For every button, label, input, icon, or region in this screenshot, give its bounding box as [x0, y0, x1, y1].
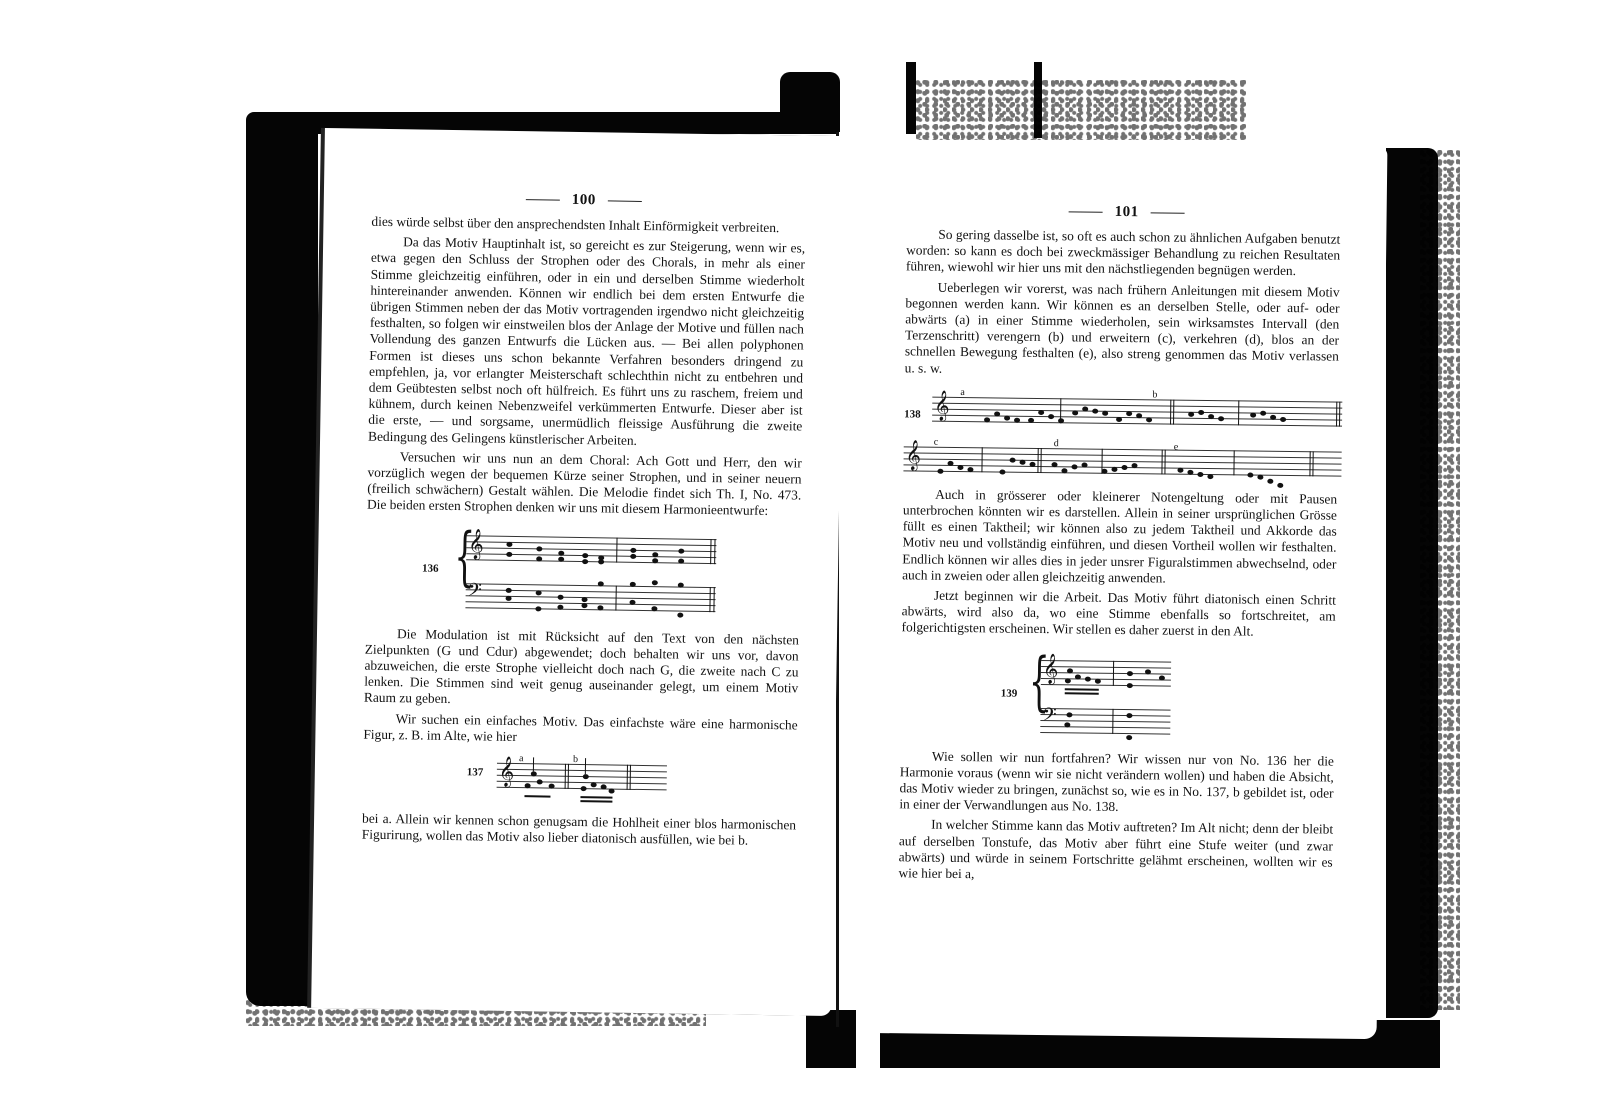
right-page: 101 So gering dasselbe ist, so oft es au…	[857, 141, 1388, 1039]
note-head	[1116, 417, 1122, 422]
right-page-body: So gering dasselbe ist, so oft es auch s…	[858, 226, 1386, 888]
note-head	[1029, 462, 1035, 467]
paragraph: Wie sollen wir nun fortfahren? Wir wisse…	[899, 748, 1334, 818]
note-head	[582, 553, 588, 558]
bass-clef-icon: 𝄢	[1042, 706, 1056, 728]
note-head	[1102, 411, 1108, 416]
note-head	[652, 558, 658, 563]
treble-staff-row-2: 𝄞	[903, 446, 1341, 477]
note-head	[1197, 472, 1203, 477]
note-head	[506, 552, 512, 557]
note-head	[1188, 412, 1194, 417]
note-head	[629, 599, 635, 604]
book-spine-tab-1	[906, 62, 916, 134]
note-head	[1072, 410, 1078, 415]
page-number: 100	[324, 188, 844, 213]
note-head	[1187, 470, 1193, 475]
note-head	[558, 556, 564, 561]
paragraph: Jetzt beginnen wir die Arbeit. Das Motiv…	[901, 587, 1336, 641]
example-number: 139	[1001, 685, 1018, 701]
note-head	[1136, 413, 1142, 418]
note-head	[506, 588, 512, 593]
note-head	[598, 581, 604, 586]
example-number: 136	[422, 560, 439, 576]
note-head	[1010, 457, 1016, 462]
note-head	[536, 546, 542, 551]
treble-clef-icon: 𝄞	[934, 393, 950, 419]
note-head	[678, 582, 684, 587]
note-head	[652, 552, 658, 557]
note-head	[1208, 414, 1214, 419]
paragraph: Ueberlegen wir vorerst, was nach frühern…	[905, 279, 1340, 382]
treble-clef-icon: 𝄞	[905, 442, 921, 468]
cover-texture-top	[916, 80, 1246, 140]
note-head	[598, 559, 604, 564]
left-page: 100 dies würde selbst über den anspreche…	[311, 128, 845, 1016]
note-head	[651, 606, 657, 611]
note-head	[1028, 418, 1034, 423]
note-head	[630, 581, 636, 586]
note-head	[1280, 417, 1286, 422]
note-head	[1121, 465, 1127, 470]
note-head	[1207, 474, 1213, 479]
paragraph: Die Modulation ist mit Rücksicht auf den…	[364, 625, 799, 713]
music-example-139: 139 { 𝄞 𝄢	[900, 642, 1335, 747]
bass-staff: 𝄢	[465, 583, 715, 613]
note-head	[948, 461, 954, 466]
note-head	[630, 547, 636, 552]
bass-clef-icon: 𝄢	[468, 581, 483, 603]
note-head	[536, 556, 542, 561]
note-head	[1131, 463, 1137, 468]
note-head	[506, 542, 512, 547]
note-head	[678, 558, 684, 563]
paragraph: dies würde selbst über den ansprechendst…	[371, 214, 805, 237]
note-head	[536, 590, 542, 595]
note-head	[535, 606, 541, 611]
page-number-text: 100	[572, 192, 596, 208]
note-head	[1014, 417, 1020, 422]
note-head	[582, 559, 588, 564]
note-head	[1051, 462, 1057, 467]
paragraph: Versuchen wir uns nun an dem Choral: Ach…	[367, 449, 802, 521]
note-head	[558, 550, 564, 555]
bass-staff: 𝄢	[1040, 708, 1170, 736]
note-head	[1146, 417, 1152, 422]
page-number: 101	[867, 201, 1387, 224]
note-head	[1061, 468, 1067, 473]
note-head	[1071, 464, 1077, 469]
paragraph: In welcher Stimme kann das Motiv auftret…	[898, 817, 1333, 887]
note-head	[1048, 414, 1054, 419]
treble-clef-icon: 𝄞	[499, 759, 515, 785]
music-example-138: 138 a b c d e 𝄞 𝄞	[903, 382, 1338, 485]
note-head	[558, 594, 564, 599]
note-head	[1101, 469, 1107, 474]
note-head	[1111, 467, 1117, 472]
note-head	[1082, 406, 1088, 411]
note-head	[1270, 415, 1276, 420]
paragraph: Auch in grösserer oder kleinerer Notenge…	[902, 486, 1337, 589]
note-head	[652, 580, 658, 585]
note-head	[597, 605, 603, 610]
note-head	[1267, 479, 1273, 484]
note-head	[678, 548, 684, 553]
note-head	[1092, 408, 1098, 413]
note-head	[1020, 460, 1026, 465]
example-number: 137	[467, 764, 484, 780]
note-head	[557, 604, 563, 609]
paragraph: Wir suchen ein einfaches Motiv. Das einf…	[363, 710, 797, 749]
treble-clef-icon: 𝄞	[468, 531, 484, 557]
paragraph: bei a. Allein wir kennen schon genugsam …	[362, 811, 796, 850]
book-cover-top-flap	[780, 72, 840, 132]
book-spine-bottom	[806, 1010, 856, 1068]
paragraph: So gering dasselbe ist, so oft es auch s…	[906, 226, 1341, 280]
music-example-137: 137 a b 𝄞	[362, 749, 797, 812]
note-head	[1277, 483, 1283, 488]
note-head	[1177, 467, 1183, 472]
note-head	[1247, 472, 1253, 477]
note-head	[937, 469, 943, 474]
note-head	[1058, 418, 1064, 423]
treble-clef-icon: 𝄞	[1043, 656, 1059, 682]
note-head	[1126, 411, 1132, 416]
note-head	[581, 603, 587, 608]
paragraph: Da das Motiv Hauptinhalt ist, so gereich…	[368, 234, 805, 451]
note-head	[1198, 410, 1204, 415]
cover-texture-right	[1420, 150, 1460, 1010]
note-head	[677, 612, 683, 617]
note-head	[999, 469, 1005, 474]
note-head	[967, 467, 973, 472]
note-head	[506, 596, 512, 601]
treble-staff: 𝄞	[1041, 660, 1171, 688]
note-head	[582, 597, 588, 602]
note-head	[630, 553, 636, 558]
note-head	[994, 411, 1000, 416]
note-head	[1260, 411, 1266, 416]
note-head	[984, 417, 990, 422]
note-head	[1004, 415, 1010, 420]
treble-staff: 𝄞	[497, 763, 667, 792]
note-head	[1038, 410, 1044, 415]
note-head	[957, 465, 963, 470]
example-number: 138	[904, 406, 921, 422]
note-head	[1257, 474, 1263, 479]
note-head	[1081, 462, 1087, 467]
music-example-136: 136 { 𝄞 𝄢	[365, 519, 801, 626]
note-head	[1218, 416, 1224, 421]
page-number-text: 101	[1115, 204, 1139, 220]
note-head	[1250, 412, 1256, 417]
left-page-body: dies würde selbst über den ansprechendst…	[314, 213, 844, 851]
book-cover-left	[246, 116, 318, 1006]
